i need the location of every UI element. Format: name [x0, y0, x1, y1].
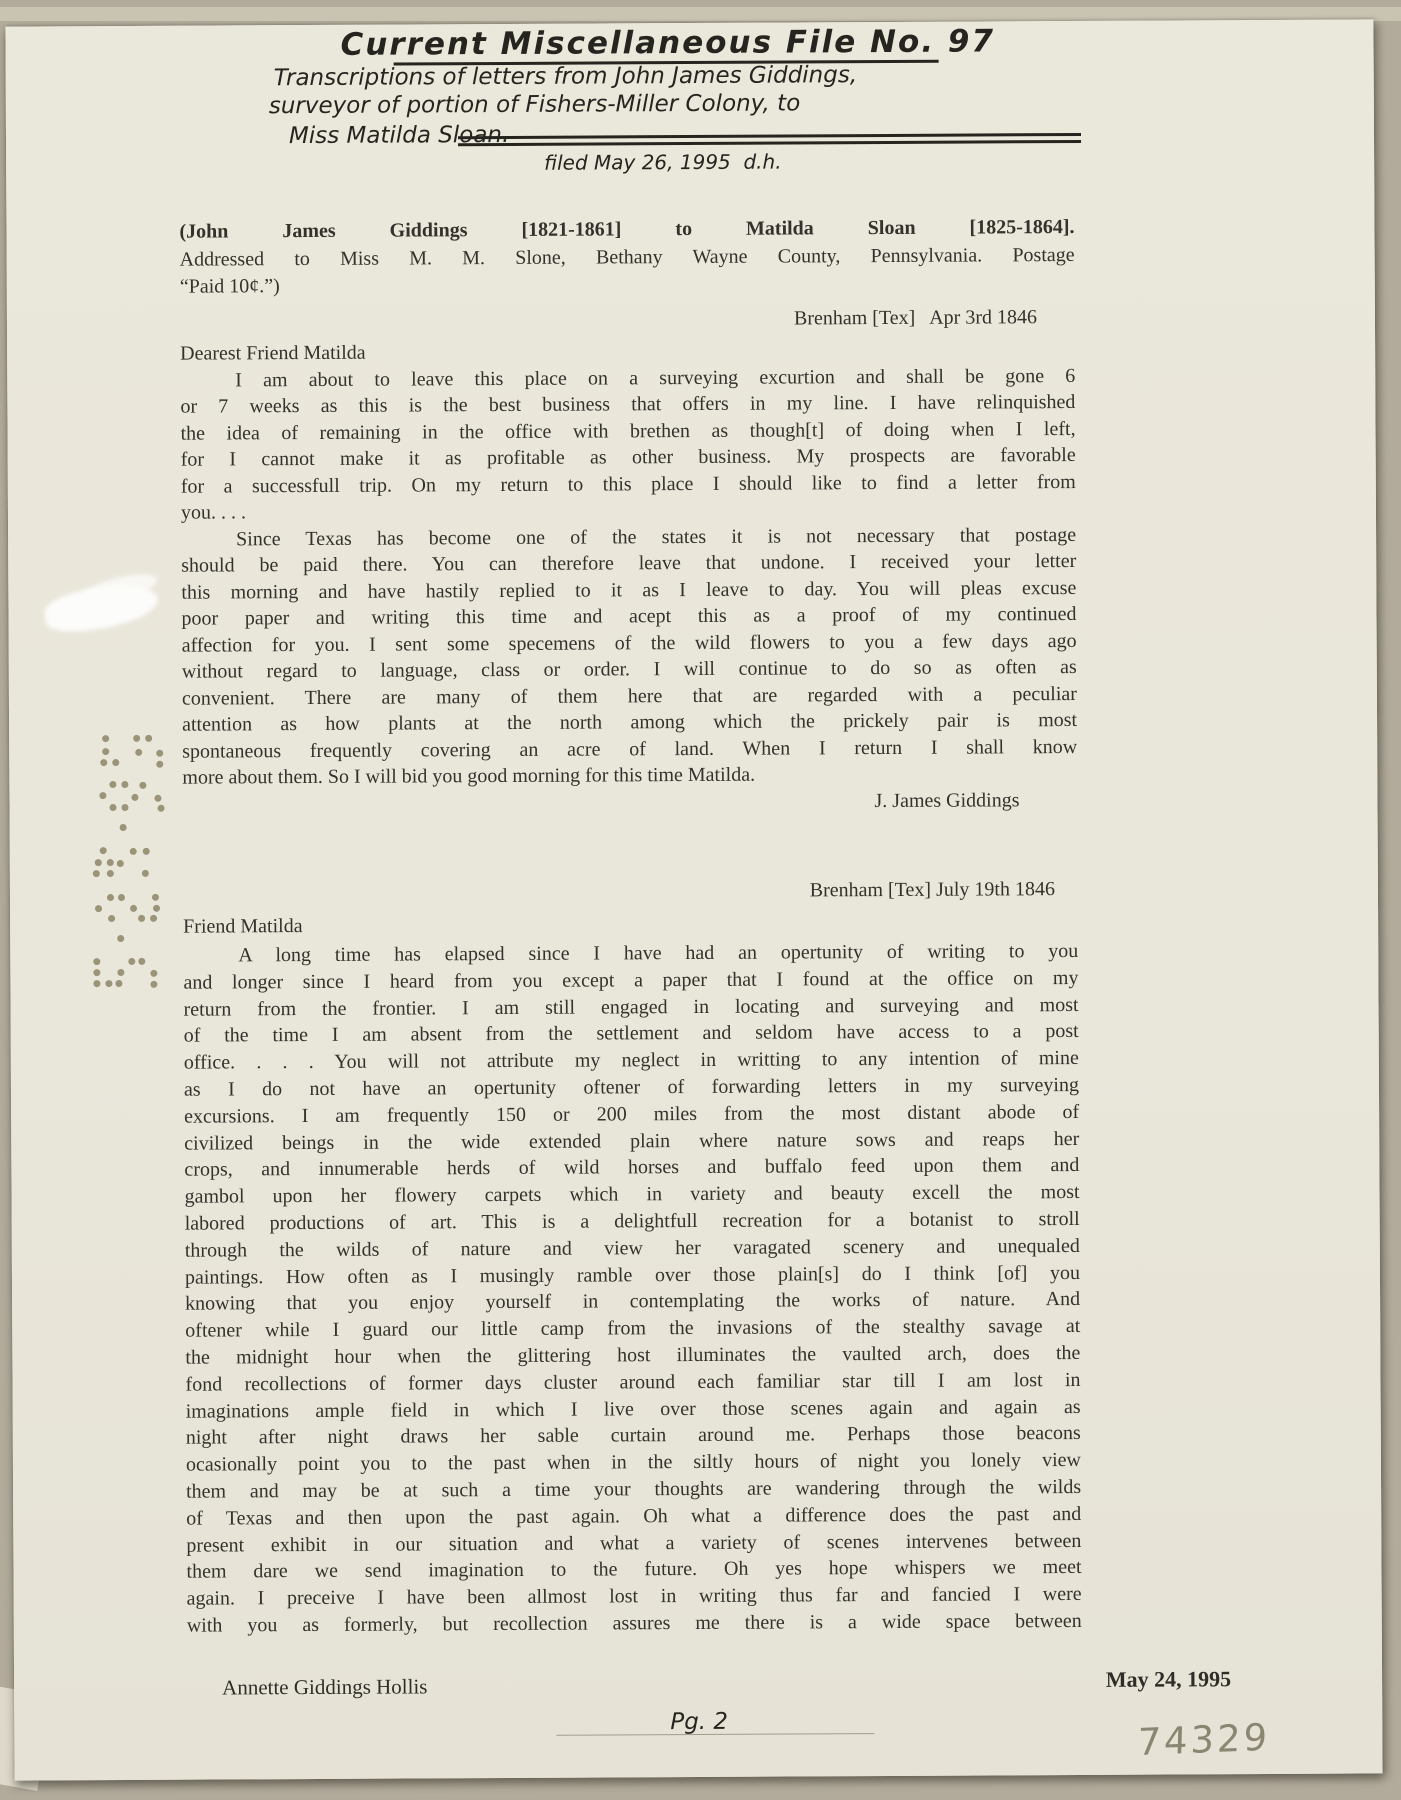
perforation-dot: [131, 794, 138, 801]
perforation-dot: [93, 958, 100, 965]
typed-line: with you as formerly, but recollection a…: [187, 1608, 1082, 1639]
typed-line: spontaneous frequently covering an acre …: [182, 733, 1077, 764]
perforation-dot: [118, 894, 125, 901]
perforation-dot: [152, 894, 159, 901]
perforation-dot: [138, 915, 145, 922]
letter2-body: A long time has elapsed since I have had…: [183, 938, 1082, 1639]
perforation-dot: [139, 782, 146, 789]
catalog-number: 74329: [1137, 1716, 1271, 1764]
perforation-dot: [115, 980, 122, 987]
typed-line: for I cannot make it as profitable as ot…: [181, 442, 1076, 473]
perforation-dot: [117, 935, 124, 942]
handwritten-subtitle-line-2: surveyor of portion of Fishers-Miller Co…: [269, 90, 801, 119]
perforation-dot: [108, 915, 115, 922]
perforation-dot: [95, 859, 102, 866]
perforation-dot: [133, 735, 140, 742]
perforation-dot: [121, 804, 128, 811]
perforation-dot: [107, 870, 114, 877]
typed-line: attention as how plants at the north amo…: [182, 707, 1077, 738]
perforation-dot: [100, 847, 107, 854]
perforation-dot: [138, 958, 145, 965]
scanner-background-strip: [0, 7, 1401, 21]
perforation-dot: [117, 860, 124, 867]
perforation-dot: [107, 894, 114, 901]
perforation-dot: [135, 749, 142, 756]
perforation-dot: [130, 905, 137, 912]
perforation-dot: [109, 804, 116, 811]
handwritten-subtitle-line-1: Transcriptions of letters from John Jame…: [274, 62, 858, 91]
footer-author: Annette Giddings Hollis: [222, 1674, 427, 1700]
typed-line: of Texas and then upon the past again. O…: [186, 1501, 1081, 1532]
perforation-dot: [130, 848, 137, 855]
intro-line-1: (John James Giddings [1821-1861] to Mati…: [179, 214, 1074, 246]
perforation-dot: [143, 848, 150, 855]
footer-date: May 24, 1995: [914, 1666, 1231, 1694]
perforation-dot: [142, 870, 149, 877]
typed-line: and longer since I heard from you except…: [183, 965, 1078, 996]
perforation-dot: [150, 981, 157, 988]
perforation-dot: [93, 980, 100, 987]
typed-line: should be paid there. You can therefore …: [181, 548, 1076, 579]
perforation-dot: [102, 735, 109, 742]
perforation-dot: [107, 859, 114, 866]
typed-line: poor paper and writing this time and ace…: [181, 601, 1076, 632]
double-rule: [458, 133, 1081, 146]
handwritten-title: Current Miscellaneous File No. 97: [340, 23, 995, 62]
perforation-dot: [93, 969, 100, 976]
typed-line: without regard to language, class or ord…: [182, 654, 1077, 685]
typed-line: for a successfull trip. On my return to …: [181, 468, 1076, 499]
page-number-underline: [556, 1733, 874, 1736]
typed-line: through the wilds of nature and view her…: [185, 1233, 1080, 1264]
perforation-dot: [117, 969, 124, 976]
perforation-dot: [99, 792, 106, 799]
letter1-signature: J. James Giddings: [182, 786, 1077, 817]
letter2-dateline: Brenham [Tex] July 19th 1846: [183, 876, 1078, 907]
perforation-dot: [128, 958, 135, 965]
perforation-dot: [150, 970, 157, 977]
scanned-page: Current Miscellaneous File No. 97 Transc…: [5, 19, 1382, 1780]
perforation-dot: [121, 781, 128, 788]
perforation-dot: [105, 980, 112, 987]
intro-line-3: “Paid 10¢.”): [180, 269, 1075, 301]
page-number-label: Pg. 2: [670, 1709, 728, 1735]
perforation-dot: [157, 805, 164, 812]
letter1-dateline: Brenham [Tex] Apr 3rd 1846: [180, 303, 1075, 334]
typed-line: excursions. I am frequently 150 or 200 m…: [184, 1099, 1079, 1130]
perforation-dot: [153, 905, 160, 912]
perforation-dot: [156, 750, 163, 757]
perforation-dot: [150, 915, 157, 922]
filed-note: filed May 26, 1995 d.h.: [544, 150, 782, 175]
letter1-body: I am about to leave this place on a surv…: [180, 362, 1077, 791]
typed-line: or 7 weeks as this is the best business …: [180, 389, 1075, 420]
perforation-dot: [120, 824, 127, 831]
perforation-dot: [154, 795, 161, 802]
letter2-salutation: Friend Matilda: [183, 908, 1078, 939]
perforation-dot: [145, 735, 152, 742]
perforation-dot: [156, 761, 163, 768]
perforation-dot: [112, 759, 119, 766]
perforation-dot: [95, 905, 102, 912]
typed-line: fond recollections of former days cluste…: [185, 1367, 1080, 1398]
perforation-dot: [100, 759, 107, 766]
intro-line-2: Addressed to Miss M. M. Slone, Bethany W…: [180, 241, 1075, 273]
perforation-dot: [93, 870, 100, 877]
perforation-dot: [109, 781, 116, 788]
perforation-dot: [102, 748, 109, 755]
typed-text-column: (John James Giddings [1821-1861] to Mati…: [179, 214, 1081, 1639]
